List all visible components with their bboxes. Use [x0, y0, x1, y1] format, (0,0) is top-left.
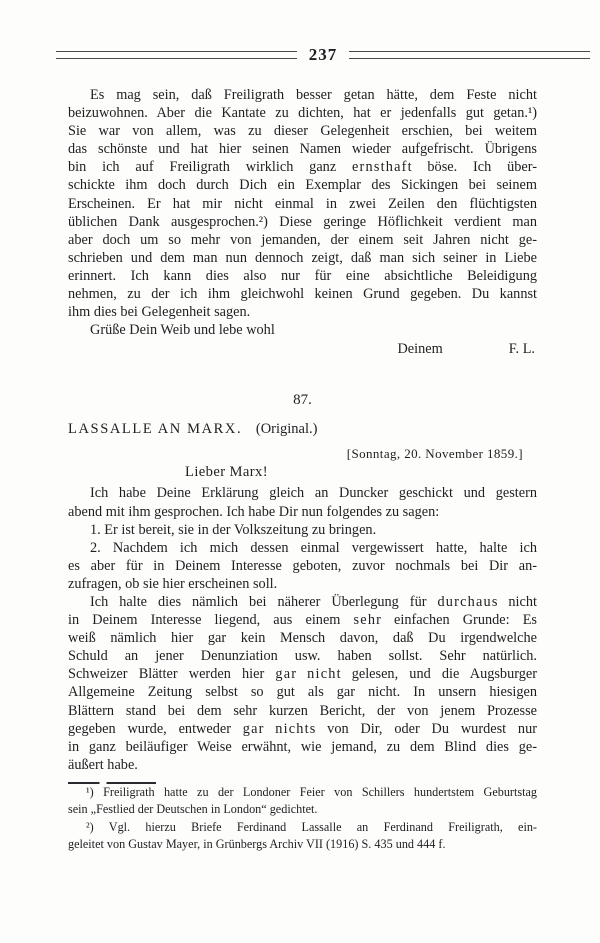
text-line: bin ich auf Freiligrath wirklich ganz e …: [68, 158, 537, 176]
text-line: Ich habe Deine Erklärung gleich an Dunck…: [68, 484, 537, 502]
text-line: ihm dies bei Gelegenheit sagen.: [68, 303, 537, 321]
text-line: geleitet von Gustav Mayer, in Grünbergs …: [68, 836, 537, 853]
text-line: schrieben und dem man nun dennoch zeigt,…: [68, 249, 537, 267]
text-line: das schönste und hat hier seinen Namen w…: [68, 140, 537, 158]
text-line: üblichen Dank ausgesprochen.²) Diese ger…: [68, 213, 537, 231]
header-rule-right: [349, 51, 590, 59]
text-block: Es mag sein, daß Freiligrath besser geta…: [0, 86, 600, 854]
text-line: beizuwohnen. Aber die Kantate zu dichten…: [68, 104, 537, 122]
text-line: gegeben wurde, entweder g a r n i c h t …: [68, 720, 537, 738]
signature-row: Deinem F. L.: [68, 340, 537, 358]
letter-dateline: [Sonntag, 20. November 1859.]: [68, 445, 537, 462]
letter-87-paragraph-1: Ich habe Deine Erklärung gleich an Dunck…: [68, 484, 537, 520]
text-line: nehmen, zu der ich ihm gleichwohl keinen…: [68, 285, 537, 303]
footnote-2: ²) Vgl. hierzu Briefe Ferdinand Lassalle…: [68, 819, 537, 854]
text-line: Schuld an jener Denunziation usw. haben …: [68, 647, 537, 665]
text-line: zufragen, ob sie hier erscheinen soll.: [68, 575, 537, 593]
text-line: 2. Nachdem ich mich dessen einmal vergew…: [68, 539, 537, 557]
footnote-1: ¹) Freiligrath hatte zu der Londoner Fei…: [68, 784, 537, 819]
letter-86-closing-line: Grüße Dein Weib und lebe wohl: [68, 321, 537, 339]
letter-salutation: Lieber Marx!: [185, 463, 537, 482]
text-line: Blättern stand bei dem sehr kurzen Beric…: [68, 702, 537, 720]
text-line: Es mag sein, daß Freiligrath besser geta…: [68, 86, 537, 104]
text-line: Allgemeine Zeitung selbst so gut als gar…: [68, 683, 537, 701]
text-line: abend mit ihm gesprochen. Ich habe Dir n…: [68, 503, 537, 521]
text-line: ¹) Freiligrath hatte zu der Londoner Fei…: [68, 784, 537, 801]
text-line: Ich halte dies nämlich bei näherer Überl…: [68, 593, 537, 611]
text-line: schickte ihm doch durch Dich ein Exempla…: [68, 176, 537, 194]
signature-initials: F. L.: [509, 340, 535, 358]
book-page: 237 Es mag sein, daß Freiligrath besser …: [0, 0, 600, 943]
letter-87-body: Ich habe Deine Erklärung gleich an Dunck…: [68, 484, 537, 774]
text-line: Sie war von allem, was zu dieser Gelegen…: [68, 122, 537, 140]
text-line: Schweizer Blätter werden hier g a r n i …: [68, 665, 537, 683]
letter-87-paragraph-2: Ich halte dies nämlich bei näherer Überl…: [68, 593, 537, 774]
page-header: 237: [0, 0, 600, 65]
letter-heading: LASSALLE AN MARX.: [68, 421, 242, 437]
letter-87: 87. LASSALLE AN MARX. (Original.) [Sonnt…: [68, 390, 537, 774]
text-line: äußert habe.: [68, 756, 537, 774]
text-line: 1. Er ist bereit, sie in der Volkszeitun…: [68, 521, 537, 539]
text-line: Erscheinen. Er hat mir nicht einmal in z…: [68, 195, 537, 213]
text-line: sein „Festlied der Deutschen in London“ …: [68, 801, 537, 818]
letter-heading-row: LASSALLE AN MARX. (Original.): [68, 419, 537, 439]
page-number: 237: [309, 45, 338, 65]
letter-heading-annotation: (Original.): [256, 421, 318, 437]
text-line: in Deinem Interesse liegend, aus einem s…: [68, 611, 537, 629]
letter-87-list-item-1: 1. Er ist bereit, sie in der Volkszeitun…: [68, 521, 537, 539]
text-line: aber doch um so mehr von jemanden, der e…: [68, 231, 537, 249]
footnote-area: ¹) Freiligrath hatte zu der Londoner Fei…: [68, 782, 537, 854]
text-line: in ganz beiläufiger Weise erwähnt, wie j…: [68, 738, 537, 756]
text-line: ²) Vgl. hierzu Briefe Ferdinand Lassalle…: [68, 819, 537, 836]
signature-from: Deinem: [397, 340, 442, 358]
letter-86-ending: Es mag sein, daß Freiligrath besser geta…: [68, 86, 537, 358]
text-line: weiß nämlich hier gar kein Mensch davon,…: [68, 629, 537, 647]
letter-86-paragraph: Es mag sein, daß Freiligrath besser geta…: [68, 86, 537, 321]
letter-87-list-item-2: 2. Nachdem ich mich dessen einmal vergew…: [68, 539, 537, 593]
text-line: erinnert. Ich kann dies also nur für ein…: [68, 267, 537, 285]
text-line: es aber für in Deinem Interesse geboten,…: [68, 557, 537, 575]
header-rule-left: [56, 51, 297, 59]
section-number: 87.: [68, 390, 537, 410]
